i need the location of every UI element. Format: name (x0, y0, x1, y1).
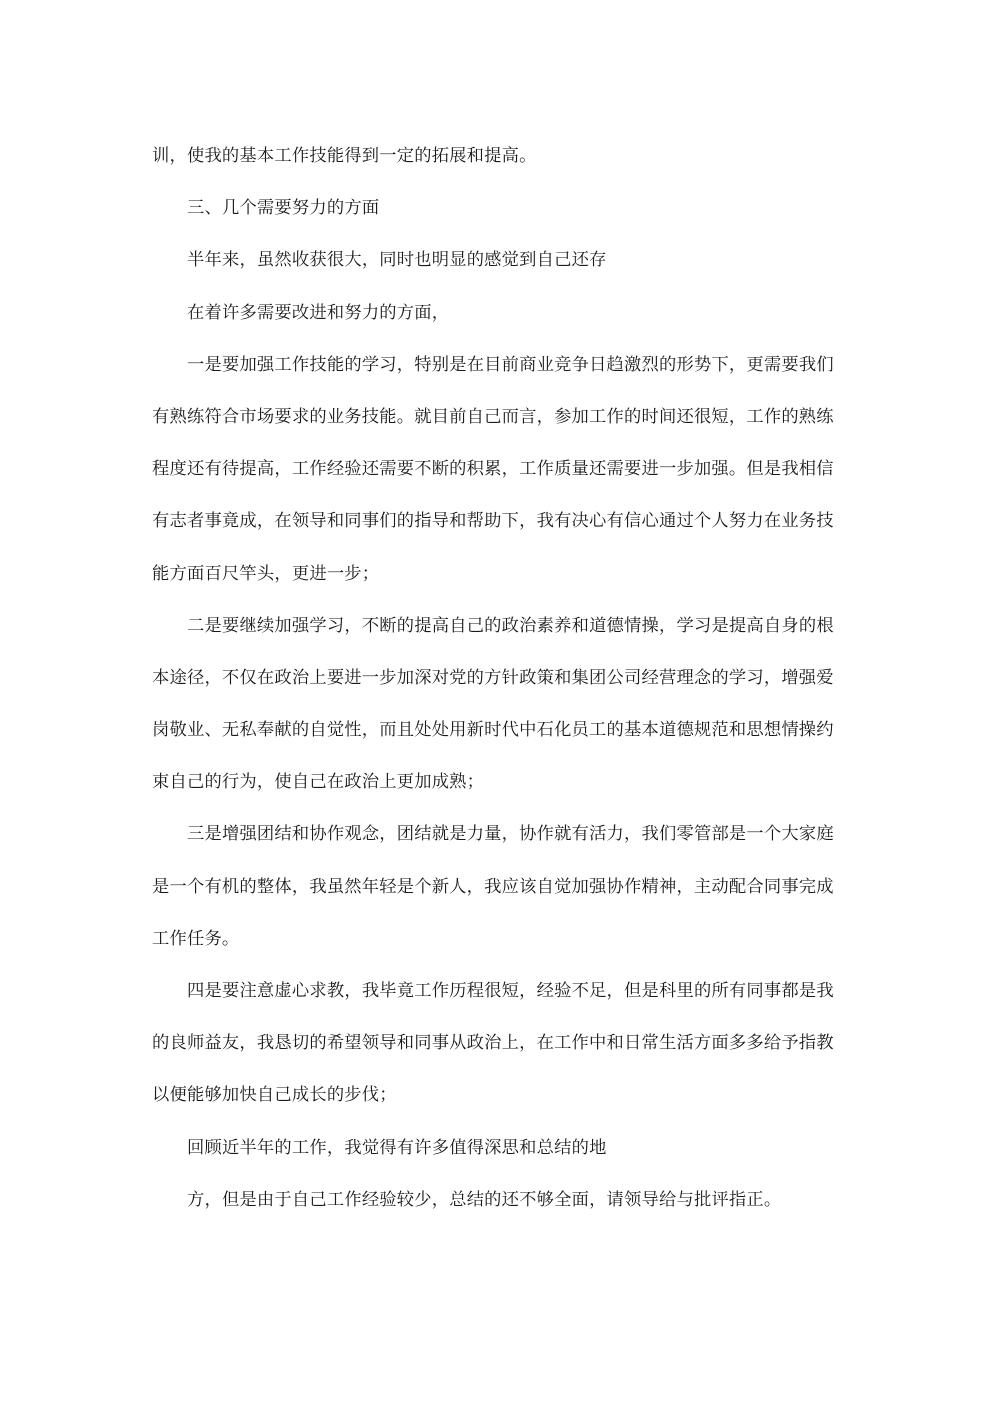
section-heading: 三、几个需要努力的方面 (152, 189, 852, 241)
conclusion-line: 方，但是由于自己工作经验较少，总结的还不够全面，请领导给与批评指正。 (152, 1181, 852, 1233)
paragraph-one-line: 能方面百尺竿头，更进一步； (152, 555, 852, 607)
paragraph-one-line: 程度还有待提高，工作经验还需要不断的积累，工作质量还需要进一步加强。但是我相信 (152, 450, 852, 502)
paragraph-four-line: 的良师益友，我恳切的希望领导和同事从政治上，在工作中和日常生活方面多多给予指教 (152, 1024, 852, 1076)
paragraph-three-line: 三是增强团结和协作观念，团结就是力量，协作就有活力，我们零管部是一个大家庭 (152, 815, 852, 867)
paragraph-two-line: 本途径，不仅在政治上要进一步加深对党的方针政策和集团公司经营理念的学习，增强爱 (152, 659, 852, 711)
document-page: 训，使我的基本工作技能得到一定的拓展和提高。 三、几个需要努力的方面 半年来，虽… (152, 137, 852, 1233)
paragraph-one-line: 一是要加强工作技能的学习，特别是在目前商业竞争日趋激烈的形势下，更需要我们 (152, 346, 852, 398)
paragraph-two-line: 岗敬业、无私奉献的自觉性，而且处处用新时代中石化员工的基本道德规范和思想情操约 (152, 711, 852, 763)
paragraph-three-line: 工作任务。 (152, 920, 852, 972)
conclusion-line: 回顾近半年的工作，我觉得有许多值得深思和总结的地 (152, 1129, 852, 1181)
paragraph-four-line: 以便能够加快自己成长的步伐； (152, 1076, 852, 1128)
paragraph-one-line: 有志者事竟成，在领导和同事们的指导和帮助下，我有决心有信心通过个人努力在业务技 (152, 502, 852, 554)
text-line: 在着许多需要改进和努力的方面， (152, 294, 852, 346)
paragraph-three-line: 是一个有机的整体，我虽然年轻是个新人，我应该自觉加强协作精神，主动配合同事完成 (152, 868, 852, 920)
paragraph-one-line: 有熟练符合市场要求的业务技能。就目前自己而言，参加工作的时间还很短，工作的熟练 (152, 398, 852, 450)
text-line: 半年来，虽然收获很大，同时也明显的感觉到自己还存 (152, 241, 852, 293)
paragraph-two-line: 束自己的行为，使自己在政治上更加成熟； (152, 763, 852, 815)
paragraph-four-line: 四是要注意虚心求教，我毕竟工作历程很短，经验不足，但是科里的所有同事都是我 (152, 972, 852, 1024)
paragraph-two-line: 二是要继续加强学习，不断的提高自己的政治素养和道德情操，学习是提高自身的根 (152, 607, 852, 659)
text-line: 训，使我的基本工作技能得到一定的拓展和提高。 (152, 137, 852, 189)
